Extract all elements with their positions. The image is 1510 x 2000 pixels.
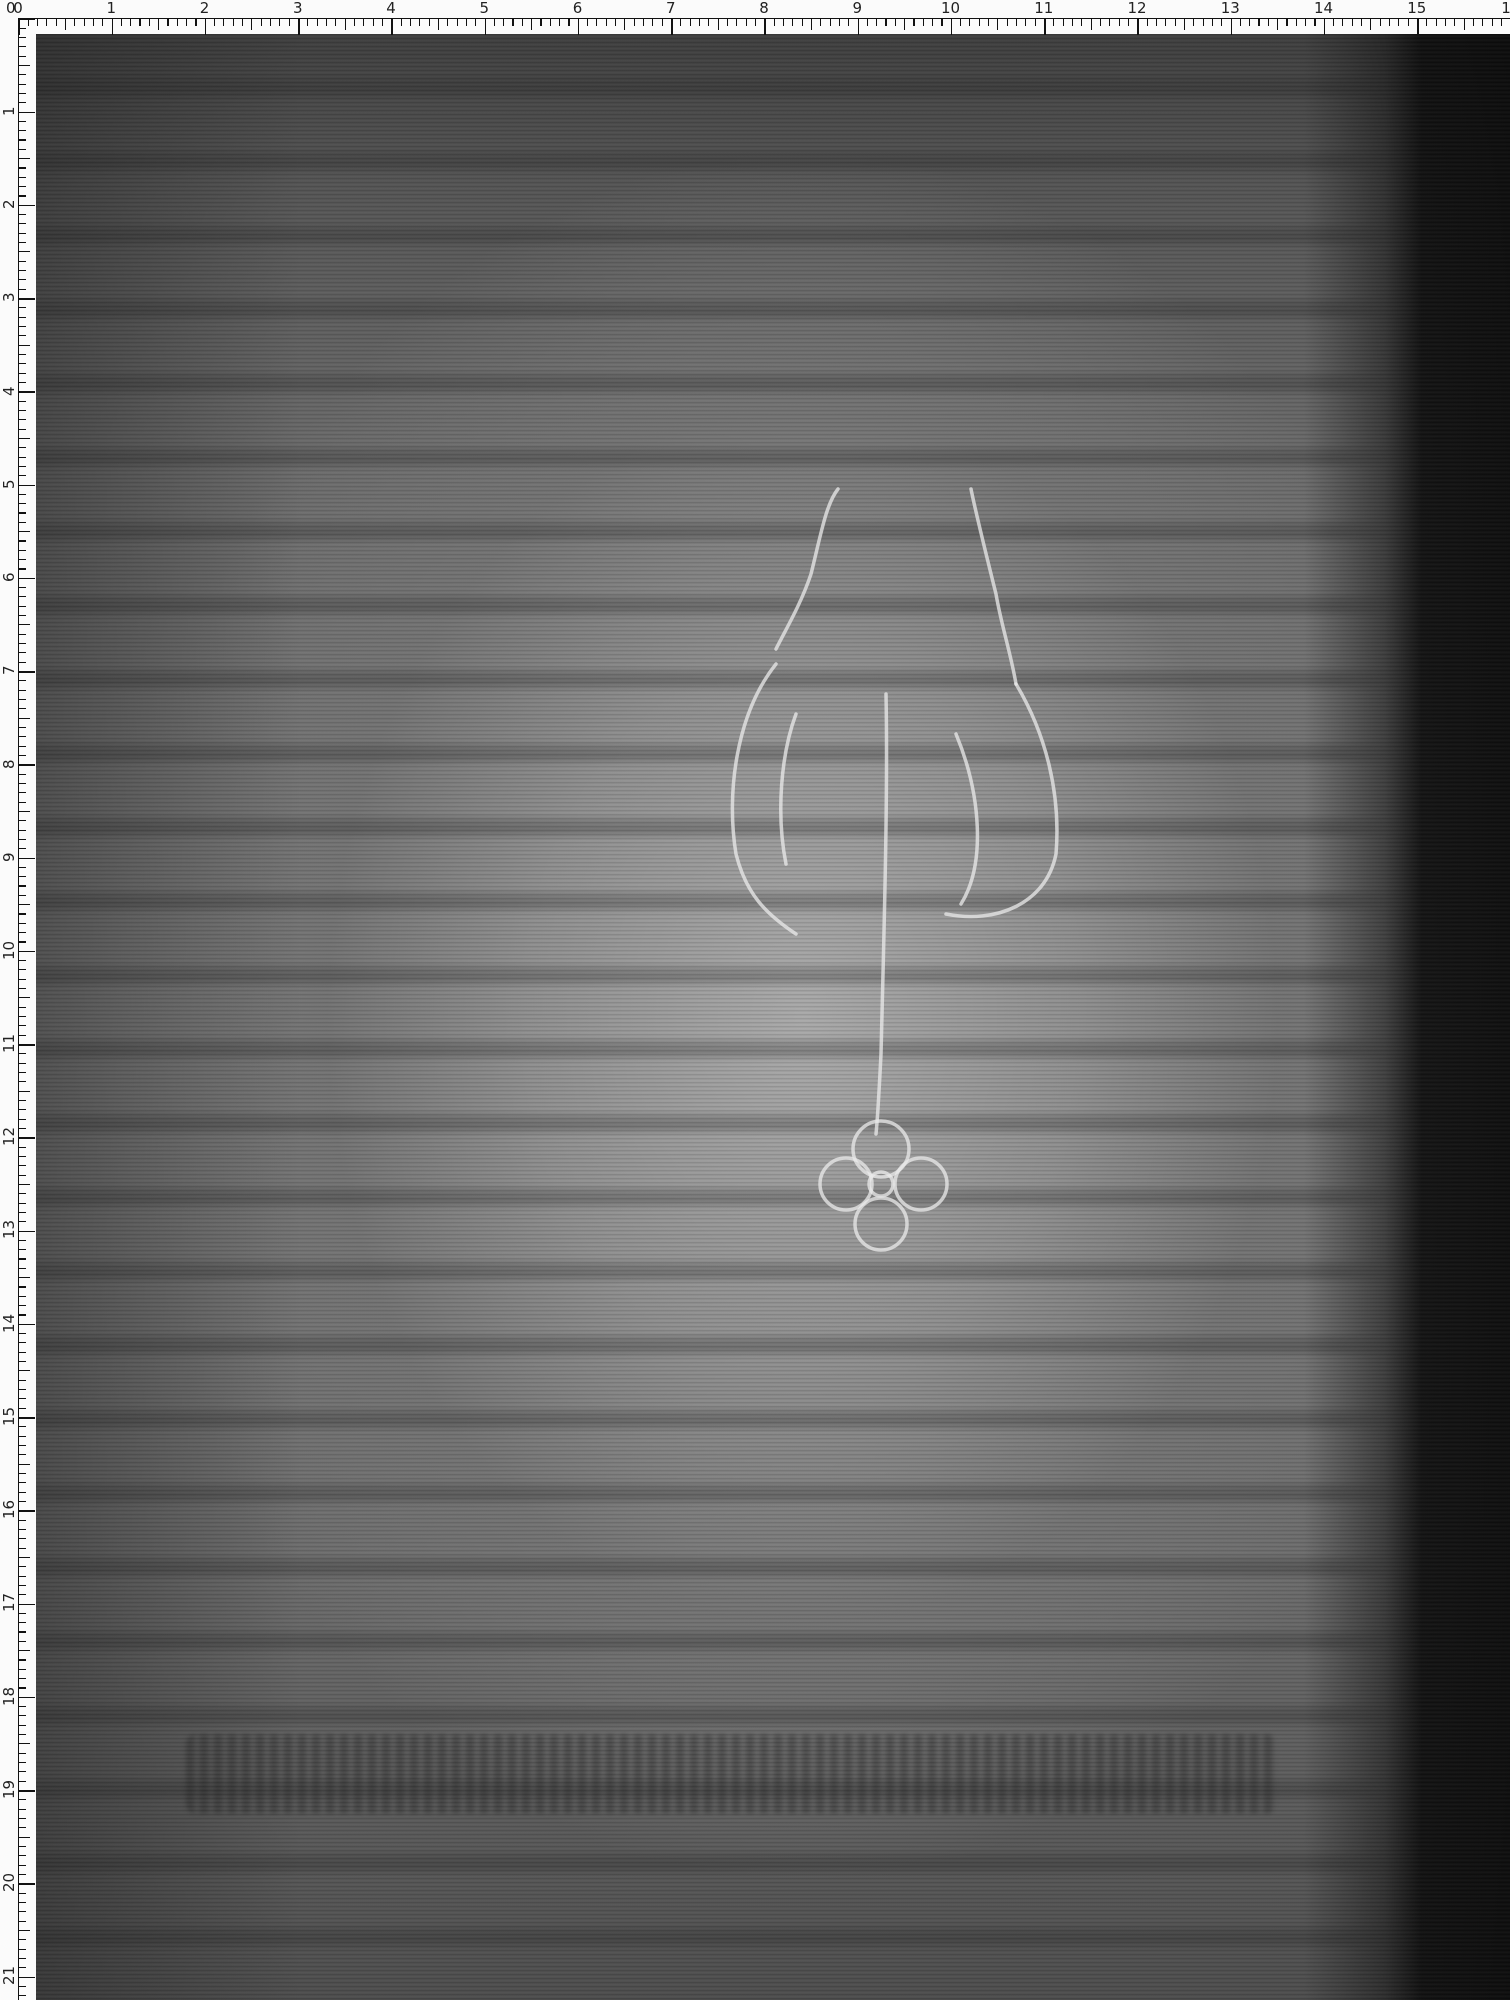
ruler-tick <box>65 19 66 30</box>
ruler-tick <box>19 1687 26 1688</box>
ruler-tick <box>1482 19 1483 26</box>
ruler-tick <box>326 19 327 26</box>
ruler-tick <box>419 19 420 26</box>
ruler-tick <box>1408 19 1409 26</box>
ruler-tick <box>19 1883 35 1885</box>
ruler-label: 2 <box>1 199 17 209</box>
ruler-tick <box>19 1529 26 1530</box>
ruler-label: 5 <box>479 0 489 16</box>
ruler-tick <box>19 382 26 383</box>
ruler-tick <box>19 1743 30 1744</box>
manuscript-scan-image <box>36 34 1510 2000</box>
ruler-tick <box>19 1827 26 1828</box>
ruler-tick <box>19 550 26 551</box>
ruler-tick <box>858 19 860 35</box>
ruler-label: 15 <box>1 1407 17 1426</box>
ruler-tick <box>19 708 26 709</box>
ruler-tick <box>19 1212 26 1213</box>
ruler-tick <box>746 19 747 26</box>
ruler-tick <box>19 93 26 94</box>
ruler-tick <box>1324 19 1326 35</box>
ruler-tick <box>848 19 849 26</box>
ruler-tick <box>690 19 691 26</box>
ruler-tick <box>1175 19 1176 26</box>
ruler-tick <box>19 774 26 775</box>
ruler-tick <box>19 1464 30 1465</box>
ruler-label: 1 <box>1 106 17 116</box>
ruler-tick <box>19 960 26 961</box>
ruler-tick <box>19 1454 26 1455</box>
ruler-tick <box>19 1697 35 1699</box>
ruler-tick <box>671 19 673 35</box>
ruler-tick <box>19 475 26 476</box>
ruler-tick <box>19 895 26 896</box>
ruler-tick <box>354 19 355 26</box>
ruler-label: 1 <box>1501 0 1510 16</box>
ruler-tick <box>251 19 252 30</box>
ruler-tick <box>19 1072 26 1073</box>
ruler-tick <box>139 19 140 26</box>
ruler-tick <box>19 923 26 924</box>
ruler-tick <box>19 643 26 644</box>
ruler-tick <box>149 19 150 26</box>
ruler-tick <box>19 867 26 868</box>
ruler-tick <box>19 1231 35 1233</box>
ruler-tick <box>19 578 35 580</box>
ruler-tick <box>19 1203 26 1204</box>
ruler-tick <box>19 1790 35 1792</box>
ruler-tick <box>19 401 26 402</box>
ruler-tick <box>37 19 38 26</box>
ruler-tick <box>19 1137 35 1139</box>
ruler-tick <box>19 56 26 57</box>
ruler-tick <box>634 19 635 26</box>
ruler-tick <box>19 214 26 215</box>
ruler-tick <box>1296 19 1297 26</box>
ruler-tick <box>718 19 719 30</box>
ruler-tick <box>1035 19 1036 26</box>
ruler-label: 18 <box>1 1686 17 1705</box>
ruler-tick <box>19 102 26 103</box>
ruler-tick <box>457 19 458 26</box>
ruler-tick <box>345 19 346 30</box>
ruler-label: 19 <box>1 1780 17 1799</box>
ruler-tick <box>19 74 26 75</box>
ruler-tick <box>261 19 262 26</box>
ruler-tick <box>1380 19 1381 26</box>
ruler-tick <box>19 606 26 607</box>
ruler-tick <box>19 1119 26 1120</box>
ruler-tick <box>19 1035 26 1036</box>
ruler-tick <box>19 1734 26 1735</box>
ruler-tick <box>774 19 775 26</box>
ruler-tick <box>19 1548 26 1549</box>
ruler-tick <box>19 130 26 131</box>
ruler-label: 10 <box>941 0 960 16</box>
ruler-tick <box>19 1939 26 1940</box>
ruler-tick <box>19 363 26 364</box>
ruler-tick <box>19 1902 26 1903</box>
ruler-tick <box>1352 19 1353 26</box>
ruler-tick <box>19 1921 26 1922</box>
ruler-tick <box>960 19 961 26</box>
ruler-tick <box>19 37 26 38</box>
ruler-tick <box>279 19 280 26</box>
ruler-tick <box>19 251 30 252</box>
ruler-tick <box>19 531 30 532</box>
ruler-tick <box>1184 19 1185 30</box>
ruler-tick <box>19 84 26 85</box>
ruler-tick <box>19 979 26 980</box>
ruler-tick <box>19 1436 26 1437</box>
ruler-tick <box>19 354 26 355</box>
ruler-tick <box>1398 19 1399 26</box>
ruler-tick <box>214 19 215 26</box>
ruler-tick <box>1445 19 1446 26</box>
ruler-tick <box>979 19 980 26</box>
ruler-tick <box>19 279 26 280</box>
ruler-tick <box>19 1846 26 1847</box>
ruler-tick <box>19 802 26 803</box>
ruler-tick <box>19 195 26 196</box>
ruler-tick <box>19 1678 26 1679</box>
ruler-tick <box>578 19 580 35</box>
ruler-tick <box>1240 19 1241 26</box>
ruler-tick <box>1305 19 1306 26</box>
ruler-tick <box>46 19 47 26</box>
ruler-tick <box>568 19 569 26</box>
ruler-tick <box>839 19 840 26</box>
ruler-tick <box>19 1520 26 1521</box>
ruler-label: 2 <box>200 0 210 16</box>
ruler-tick <box>205 19 207 35</box>
ruler-tick <box>19 1604 35 1606</box>
ruler-tick <box>1147 19 1148 26</box>
ruler-tick <box>19 1370 30 1371</box>
ruler-tick <box>19 167 26 168</box>
ruler-tick <box>802 19 803 26</box>
ruler-tick <box>19 624 30 625</box>
ruler-tick <box>19 1286 26 1287</box>
ruler-tick <box>1025 19 1026 26</box>
ruler-tick <box>1091 19 1092 30</box>
ruler-tick <box>19 764 35 766</box>
ruler-tick <box>19 18 35 20</box>
ruler-tick <box>19 419 26 420</box>
ruler-tick <box>19 1426 26 1427</box>
ruler-tick <box>1063 19 1064 26</box>
ruler-tick <box>19 158 30 159</box>
ruler-tick <box>19 1482 26 1483</box>
ruler-tick <box>19 1221 26 1222</box>
ruler-tick <box>19 858 35 860</box>
ruler-tick <box>522 19 523 26</box>
ruler-tick <box>74 19 75 26</box>
ruler-tick <box>317 19 318 26</box>
ruler-tick <box>19 1725 26 1726</box>
ruler-tick <box>1342 19 1343 26</box>
ruler-tick <box>19 1510 35 1512</box>
ruler-tick <box>19 1342 26 1343</box>
ruler-tick <box>19 1855 26 1856</box>
ruler-tick <box>1464 19 1465 30</box>
ruler-tick <box>1258 19 1259 26</box>
ruler-tick <box>19 1100 26 1101</box>
ruler-tick <box>624 19 625 30</box>
ruler-tick <box>19 746 26 747</box>
ruler-tick <box>19 512 26 513</box>
ruler-tick <box>19 662 26 663</box>
ruler-tick <box>19 205 35 207</box>
ruler-tick <box>93 19 94 26</box>
ruler-tick <box>19 969 26 970</box>
ruler-label: 4 <box>386 0 396 16</box>
ruler-tick <box>19 1641 26 1642</box>
ruler-tick <box>19 1473 26 1474</box>
ruler-tick <box>662 19 663 26</box>
ruler-tick <box>19 494 26 495</box>
ruler-label: 16 <box>1 1500 17 1519</box>
ruler-tick <box>764 19 766 35</box>
ruler-tick <box>550 19 551 26</box>
ruler-tick <box>19 1622 26 1623</box>
ruler-tick <box>19 568 26 569</box>
ruler-tick <box>19 503 26 504</box>
ruler-tick <box>19 848 26 849</box>
ruler-tick <box>84 19 85 26</box>
ruler-tick <box>19 1613 26 1614</box>
ruler-tick <box>19 223 26 224</box>
ruler-tick <box>19 149 26 150</box>
ruler-tick <box>19 289 26 290</box>
ruler-tick <box>811 19 812 30</box>
ruler-tick <box>895 19 896 26</box>
ruler-tick <box>19 913 26 914</box>
ruler-tick <box>1109 19 1110 26</box>
ruler-tick <box>19 1771 26 1772</box>
ruler-tick <box>1361 19 1362 26</box>
ruler-tick <box>485 19 487 35</box>
ruler-tick <box>19 1669 26 1670</box>
ruler-tick <box>19 1081 26 1082</box>
ruler-tick <box>19 1305 26 1306</box>
ruler-tick <box>19 112 35 114</box>
ruler-tick <box>19 1361 26 1362</box>
ruler-label: 21 <box>1 1966 17 1985</box>
ruler-tick <box>19 1156 26 1157</box>
ruler-label: 11 <box>1034 0 1053 16</box>
ruler-tick <box>19 1091 30 1092</box>
ruler-tick <box>736 19 737 26</box>
ruler-tick <box>19 1492 26 1493</box>
ruler-label: 7 <box>1 666 17 676</box>
ruler-tick <box>19 1911 26 1912</box>
ruler-tick <box>1044 19 1046 35</box>
ruler-tick <box>1212 19 1213 26</box>
ruler-tick <box>19 587 26 588</box>
ruler-label: 11 <box>1 1034 17 1053</box>
ruler-tick <box>932 19 933 26</box>
ruler-tick <box>19 1958 26 1959</box>
ruler-tick <box>19 1659 26 1660</box>
ruler-tick <box>1072 19 1073 26</box>
ruler-tick <box>19 1314 26 1315</box>
ruler-tick <box>19 1249 26 1250</box>
ruler-label: 20 <box>1 1873 17 1892</box>
ruler-tick <box>19 755 26 756</box>
scan-viewer: 01234567891011121314151 0123456789101112… <box>0 0 1510 2000</box>
ruler-tick <box>1016 19 1017 26</box>
ruler-tick <box>112 19 114 35</box>
ruler-label: 14 <box>1314 0 1333 16</box>
ruler-tick <box>289 19 290 26</box>
horizontal-cm-ruler <box>18 18 1510 34</box>
ruler-tick <box>494 19 495 26</box>
ruler-tick <box>755 19 756 26</box>
ruler-tick <box>19 1557 30 1558</box>
ruler-tick <box>1333 19 1334 26</box>
ruler-label: 7 <box>666 0 676 16</box>
ruler-tick <box>19 1977 35 1979</box>
ruler-tick <box>19 1175 26 1176</box>
ruler-tick <box>1137 19 1139 35</box>
ruler-tick <box>19 1128 26 1129</box>
ruler-tick <box>19 28 26 29</box>
ruler-label: 3 <box>293 0 303 16</box>
ruler-tick <box>19 233 26 234</box>
ruler-tick <box>820 19 821 26</box>
ruler-tick <box>19 1398 26 1399</box>
ruler-tick <box>19 690 26 691</box>
ruler-tick <box>951 19 953 35</box>
ruler-label: 12 <box>1127 0 1146 16</box>
ruler-tick <box>242 19 243 26</box>
ruler-tick <box>1417 19 1419 35</box>
ruler-tick <box>19 447 26 448</box>
ruler-tick <box>997 19 998 30</box>
ruler-tick <box>1053 19 1054 26</box>
watermark-outline-icon <box>36 34 1510 2000</box>
ruler-tick <box>19 792 26 793</box>
ruler-tick <box>792 19 793 26</box>
ruler-tick <box>867 19 868 26</box>
ruler-label: 12 <box>1 1127 17 1146</box>
ruler-tick <box>19 1277 30 1278</box>
ruler-tick <box>540 19 541 26</box>
ruler-tick <box>19 1594 26 1595</box>
ruler-tick <box>19 1025 26 1026</box>
ruler-label: 6 <box>573 0 583 16</box>
ruler-tick <box>19 177 26 178</box>
ruler-tick <box>876 19 877 26</box>
ruler-tick <box>270 19 271 26</box>
ruler-tick <box>904 19 905 30</box>
ruler-label: 13 <box>1 1220 17 1239</box>
ruler-label: 13 <box>1221 0 1240 16</box>
ruler-tick <box>531 19 532 30</box>
ruler-tick <box>363 19 364 26</box>
ruler-tick <box>19 736 26 737</box>
ruler-tick <box>19 1706 26 1707</box>
ruler-tick <box>1007 19 1008 26</box>
ruler-tick <box>19 1893 26 1894</box>
ruler-tick <box>19 438 30 439</box>
ruler-tick <box>19 1333 26 1334</box>
ruler-tick <box>466 19 467 26</box>
ruler-tick <box>56 19 57 26</box>
ruler-tick <box>19 1967 26 1968</box>
ruler-tick <box>19 391 35 393</box>
ruler-tick <box>19 1389 26 1390</box>
ruler-tick <box>1156 19 1157 26</box>
ruler-tick <box>19 1538 26 1539</box>
ruler-tick <box>19 820 26 821</box>
ruler-tick <box>19 951 35 953</box>
ruler-tick <box>19 1063 26 1064</box>
ruler-tick <box>19 1753 26 1754</box>
ruler-tick <box>19 718 30 719</box>
ruler-tick <box>19 485 35 487</box>
ruler-tick <box>19 904 30 905</box>
ruler-tick <box>19 1818 26 1819</box>
ruler-tick <box>19 634 26 635</box>
ruler-tick <box>19 242 26 243</box>
ruler-label: 9 <box>1 852 17 862</box>
ruler-tick <box>19 941 26 942</box>
ruler-tick <box>19 652 26 653</box>
ruler-tick <box>195 19 196 26</box>
ruler-tick <box>19 671 35 673</box>
ruler-tick <box>615 19 616 26</box>
ruler-tick <box>19 1566 26 1567</box>
ruler-tick <box>19 1930 30 1931</box>
ruler-tick <box>19 1762 26 1763</box>
ruler-tick <box>167 19 168 26</box>
ruler-tick <box>19 270 26 271</box>
ruler-tick <box>438 19 439 30</box>
ruler-tick <box>19 121 26 122</box>
ruler-tick <box>130 19 131 26</box>
ruler-tick <box>391 19 393 35</box>
ruler-tick <box>941 19 942 26</box>
ruler-tick <box>680 19 681 26</box>
ruler-tick <box>727 19 728 26</box>
ruler-tick <box>373 19 374 26</box>
ruler-tick <box>19 1837 30 1838</box>
ruler-tick <box>885 19 886 26</box>
ruler-tick <box>19 46 26 47</box>
ruler-tick <box>988 19 989 26</box>
ruler-tick <box>1119 19 1120 26</box>
ruler-tick <box>1165 19 1166 26</box>
ruler-tick <box>19 1380 26 1381</box>
ruler-tick <box>19 261 26 262</box>
ruler-tick <box>447 19 448 26</box>
ruler-tick <box>19 1007 26 1008</box>
ruler-tick <box>19 1044 35 1046</box>
ruler-tick <box>19 1147 26 1148</box>
ruler-label: 3 <box>1 293 17 303</box>
ruler-tick <box>19 559 26 560</box>
ruler-label: 6 <box>1 572 17 582</box>
ruler-tick <box>1370 19 1371 30</box>
ruler-tick <box>19 345 30 346</box>
ruler-tick <box>783 19 784 26</box>
ruler-label: 8 <box>759 0 769 16</box>
ruler-tick <box>19 1417 35 1419</box>
ruler-tick <box>830 19 831 26</box>
ruler-tick <box>19 1296 26 1297</box>
